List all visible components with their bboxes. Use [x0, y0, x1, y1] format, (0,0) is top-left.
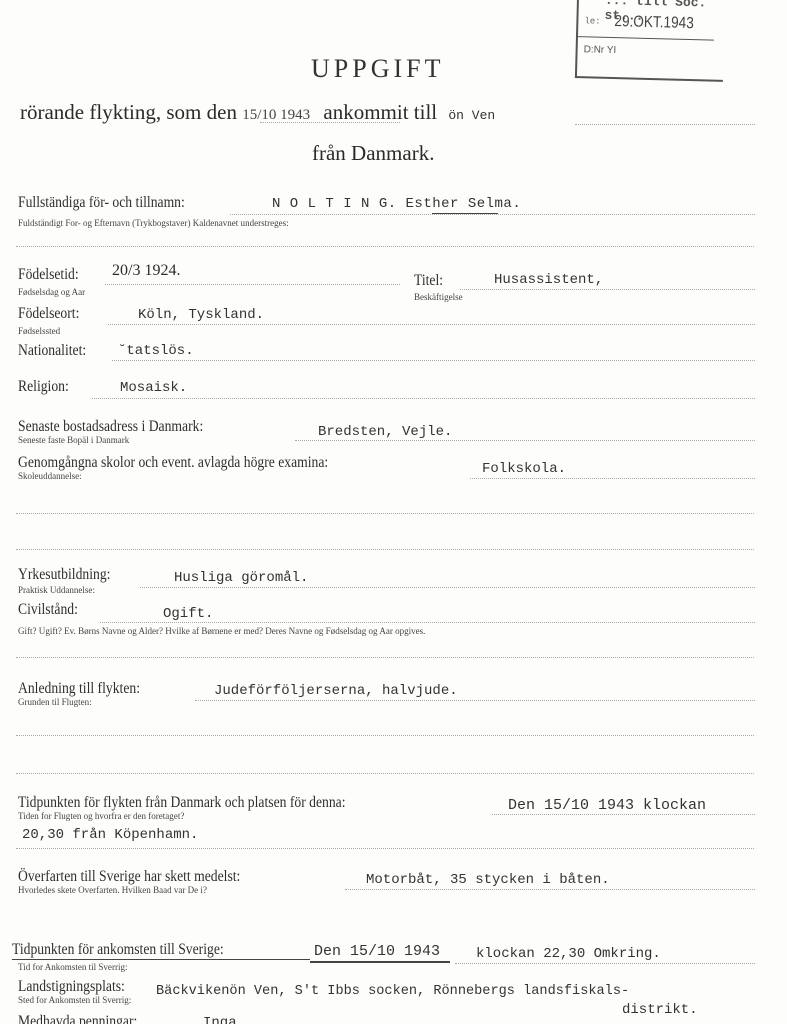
- civil-status-extra-line: [16, 657, 754, 658]
- arrival-time-label-underline: [12, 959, 310, 960]
- vocational-sublabel: Praktisk Uddannelse:: [18, 586, 95, 596]
- arrival-date-underline: [310, 961, 450, 963]
- arrival-time-sublabel: Tid for Ankomsten til Sverrig:: [18, 963, 127, 973]
- reason-label: Anledning till flykten:: [18, 680, 140, 698]
- arrival-time-label: Tidpunkten för ankomsten till Sverige:: [12, 941, 224, 959]
- escape-time-line: [492, 814, 755, 815]
- address-label: Senaste bostadsadress i Danmark:: [18, 418, 203, 436]
- religion-label: Religion:: [18, 378, 69, 396]
- birthplace-label: Födelseort:: [18, 305, 79, 323]
- landing-label: Landstigningsplats:: [18, 978, 125, 996]
- header-line1-pre: rörande flykting, som den: [20, 100, 237, 124]
- nationality-value[interactable]: ˘tatslös.: [118, 343, 194, 359]
- name-sublabel: Fuldständigt For- og Efternavn (Trykbogs…: [18, 219, 289, 229]
- arrival-time-date-value[interactable]: Den 15/10 1943: [314, 943, 440, 960]
- nationality-label: Nationalitet:: [18, 342, 86, 360]
- escape-time-label: Tidpunkten för flykten från Danmark och …: [18, 794, 346, 812]
- civil-status-line: [100, 622, 755, 623]
- stamp-prefix: le:: [584, 16, 600, 26]
- document-title: UPPGIFT: [311, 54, 444, 84]
- reason-line: [195, 700, 755, 701]
- title-value[interactable]: Husassistent,: [494, 272, 603, 288]
- vocational-label: Yrkesutbildning:: [18, 566, 110, 584]
- header-arrival-date: 15/10 1943: [242, 107, 310, 123]
- crossing-value[interactable]: Motorbåt, 35 stycken i båten.: [366, 872, 610, 888]
- header-arrival-place: ön Ven: [448, 108, 495, 123]
- crossing-sublabel: Hvorledes skete Overfarten. Hvilken Baad…: [18, 886, 207, 896]
- birthplace-value[interactable]: Köln, Tyskland.: [138, 307, 264, 323]
- education-value[interactable]: Folkskola.: [482, 461, 566, 477]
- crossing-label: Överfarten till Sverige har skett medels…: [18, 868, 240, 886]
- escape-time-extra-line: [16, 848, 754, 849]
- birthplace-sublabel: Fødselssted: [18, 327, 60, 337]
- education-sublabel: Skoleuddannelse:: [18, 472, 82, 482]
- name-line: [230, 214, 755, 215]
- received-stamp: ... till Soc. st... le: 29.OKT.1943 D:Nr…: [575, 0, 725, 82]
- birthdate-line: [105, 284, 400, 285]
- civil-status-label: Civilstånd:: [18, 601, 78, 619]
- vocational-value[interactable]: Husliga göromål.: [174, 570, 308, 586]
- title-label: Titel:: [414, 272, 443, 290]
- stamp-date: 29.OKT.1943: [614, 13, 694, 33]
- education-label: Genomgångna skolor och event. avlagda hö…: [18, 454, 328, 472]
- name-label: Fullständiga för- och tillnamn:: [18, 194, 185, 212]
- header-line-2: från Danmark.: [312, 141, 434, 166]
- birthdate-value[interactable]: 20/3 1924.: [112, 262, 180, 280]
- education-line: [470, 478, 755, 479]
- vocational-line: [140, 587, 755, 588]
- nationality-line: [112, 360, 755, 361]
- title-line: [460, 289, 755, 290]
- landing-value[interactable]: Bäckvikenön Ven, S't Ibbs socken, Rönneb…: [156, 984, 629, 999]
- stamp-number: D:Nr YI: [583, 44, 616, 56]
- header-line1-mid: ankommit till: [323, 100, 437, 124]
- stamp-divider: [578, 36, 714, 41]
- landing-value-line-2[interactable]: distrikt.: [622, 1002, 698, 1018]
- birthdate-sublabel: Fødselsdag og Aar: [18, 288, 85, 298]
- header-date-line: [260, 122, 400, 123]
- education-extra-line-1: [16, 513, 754, 514]
- money-value[interactable]: Inga: [203, 1015, 237, 1024]
- reason-extra-line-1: [16, 735, 754, 736]
- religion-line: [92, 398, 755, 399]
- title-sublabel: Beskäftigelse: [414, 293, 463, 303]
- reason-value[interactable]: Judeförföljerserna, halvjude.: [214, 683, 458, 699]
- escape-time-sublabel: Tiden for Flugten og hvorfra er den fore…: [18, 812, 184, 822]
- education-extra-line-2: [16, 549, 754, 550]
- birthplace-line: [108, 324, 755, 325]
- reason-sublabel: Grunden til Flugten:: [18, 698, 92, 708]
- header-place-line: [575, 124, 755, 125]
- escape-time-value-line-2[interactable]: 20,30 från Köpenhamn.: [22, 827, 198, 843]
- escape-time-value[interactable]: Den 15/10 1943 klockan: [508, 797, 706, 814]
- civil-status-value[interactable]: Ogift.: [163, 606, 213, 622]
- civil-status-sublabel: Gift? Ugift? Ev. Børns Navne og Alder? H…: [18, 627, 425, 637]
- name-extra-line: [16, 246, 754, 247]
- landing-sublabel: Sted for Ankomsten til Sverrig:: [18, 996, 131, 1006]
- birthdate-label: Födelsetid:: [18, 266, 79, 284]
- name-value[interactable]: N O L T I N G. Esther Selma.: [272, 196, 521, 212]
- arrival-time-rest-value[interactable]: klockan 22,30 Omkring.: [476, 946, 661, 962]
- arrival-time-line: [455, 963, 755, 964]
- religion-value[interactable]: Mosaisk.: [120, 380, 187, 396]
- reason-extra-line-2: [16, 773, 754, 774]
- address-sublabel: Seneste faste Bopäl i Danmark: [18, 436, 129, 446]
- header-line-1: rörande flykting, som den 15/10 1943 ank…: [20, 100, 495, 125]
- address-line: [295, 440, 755, 441]
- address-value[interactable]: Bredsten, Vejle.: [318, 424, 452, 440]
- crossing-line: [345, 889, 755, 890]
- money-label: Medhavda penningar:: [18, 1013, 137, 1024]
